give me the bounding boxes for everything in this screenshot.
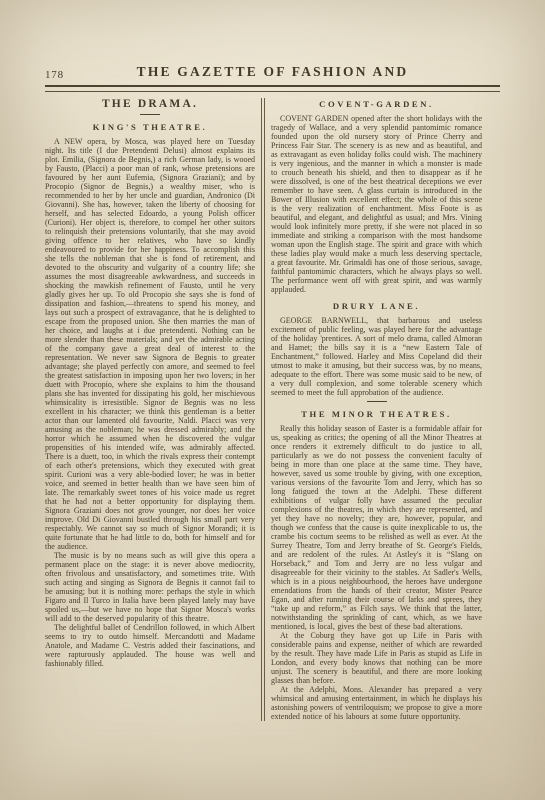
section-divider-rule [367, 401, 387, 402]
section-divider-rule [140, 114, 160, 115]
masthead-title: THE GAZETTE OF FASHION AND [45, 64, 500, 80]
left-column: THE DRAMA. KING'S THEATRE. A NEW opera, … [45, 97, 255, 721]
column-divider-rule [261, 98, 265, 721]
heading-covent-garden: COVENT-GARDEN. [271, 99, 482, 109]
page-number: 178 [45, 69, 64, 81]
page-header: 178 THE GAZETTE OF FASHION AND [45, 64, 500, 81]
header-rule [45, 85, 500, 92]
heading-kings-theatre: KING'S THEATRE. [45, 122, 255, 132]
paragraph-minor-theatres-1: Really this holiday season of Easter is … [271, 424, 482, 631]
scanned-gazette-page: 178 THE GAZETTE OF FASHION AND THE DRAMA… [0, 0, 545, 800]
right-column: COVENT-GARDEN. COVENT GARDEN opened afte… [271, 97, 482, 721]
section-title-the-drama: THE DRAMA. [45, 98, 255, 110]
heading-minor-theatres: THE MINOR THEATRES. [271, 409, 482, 419]
paragraph-kings-theatre-3: The delightful ballet of Cendrillon foll… [45, 623, 255, 668]
paragraph-kings-theatre-1: A NEW opera, by Mosca, was played here o… [45, 137, 255, 551]
paragraph-minor-theatres-3: At the Adelphi, Mons. Alexander has prep… [271, 685, 482, 721]
paragraph-covent-garden-1: COVENT GARDEN opened after the short hol… [271, 114, 482, 294]
paragraph-drury-lane-1: GEORGE BARNWELL, that barbarous and usel… [271, 316, 482, 397]
heading-drury-lane: DRURY LANE. [271, 301, 482, 311]
paragraph-kings-theatre-2: The music is by no means such as will gi… [45, 551, 255, 623]
text-columns: THE DRAMA. KING'S THEATRE. A NEW opera, … [45, 97, 500, 721]
paragraph-minor-theatres-2: At the Coburg they have got up Life in P… [271, 631, 482, 685]
